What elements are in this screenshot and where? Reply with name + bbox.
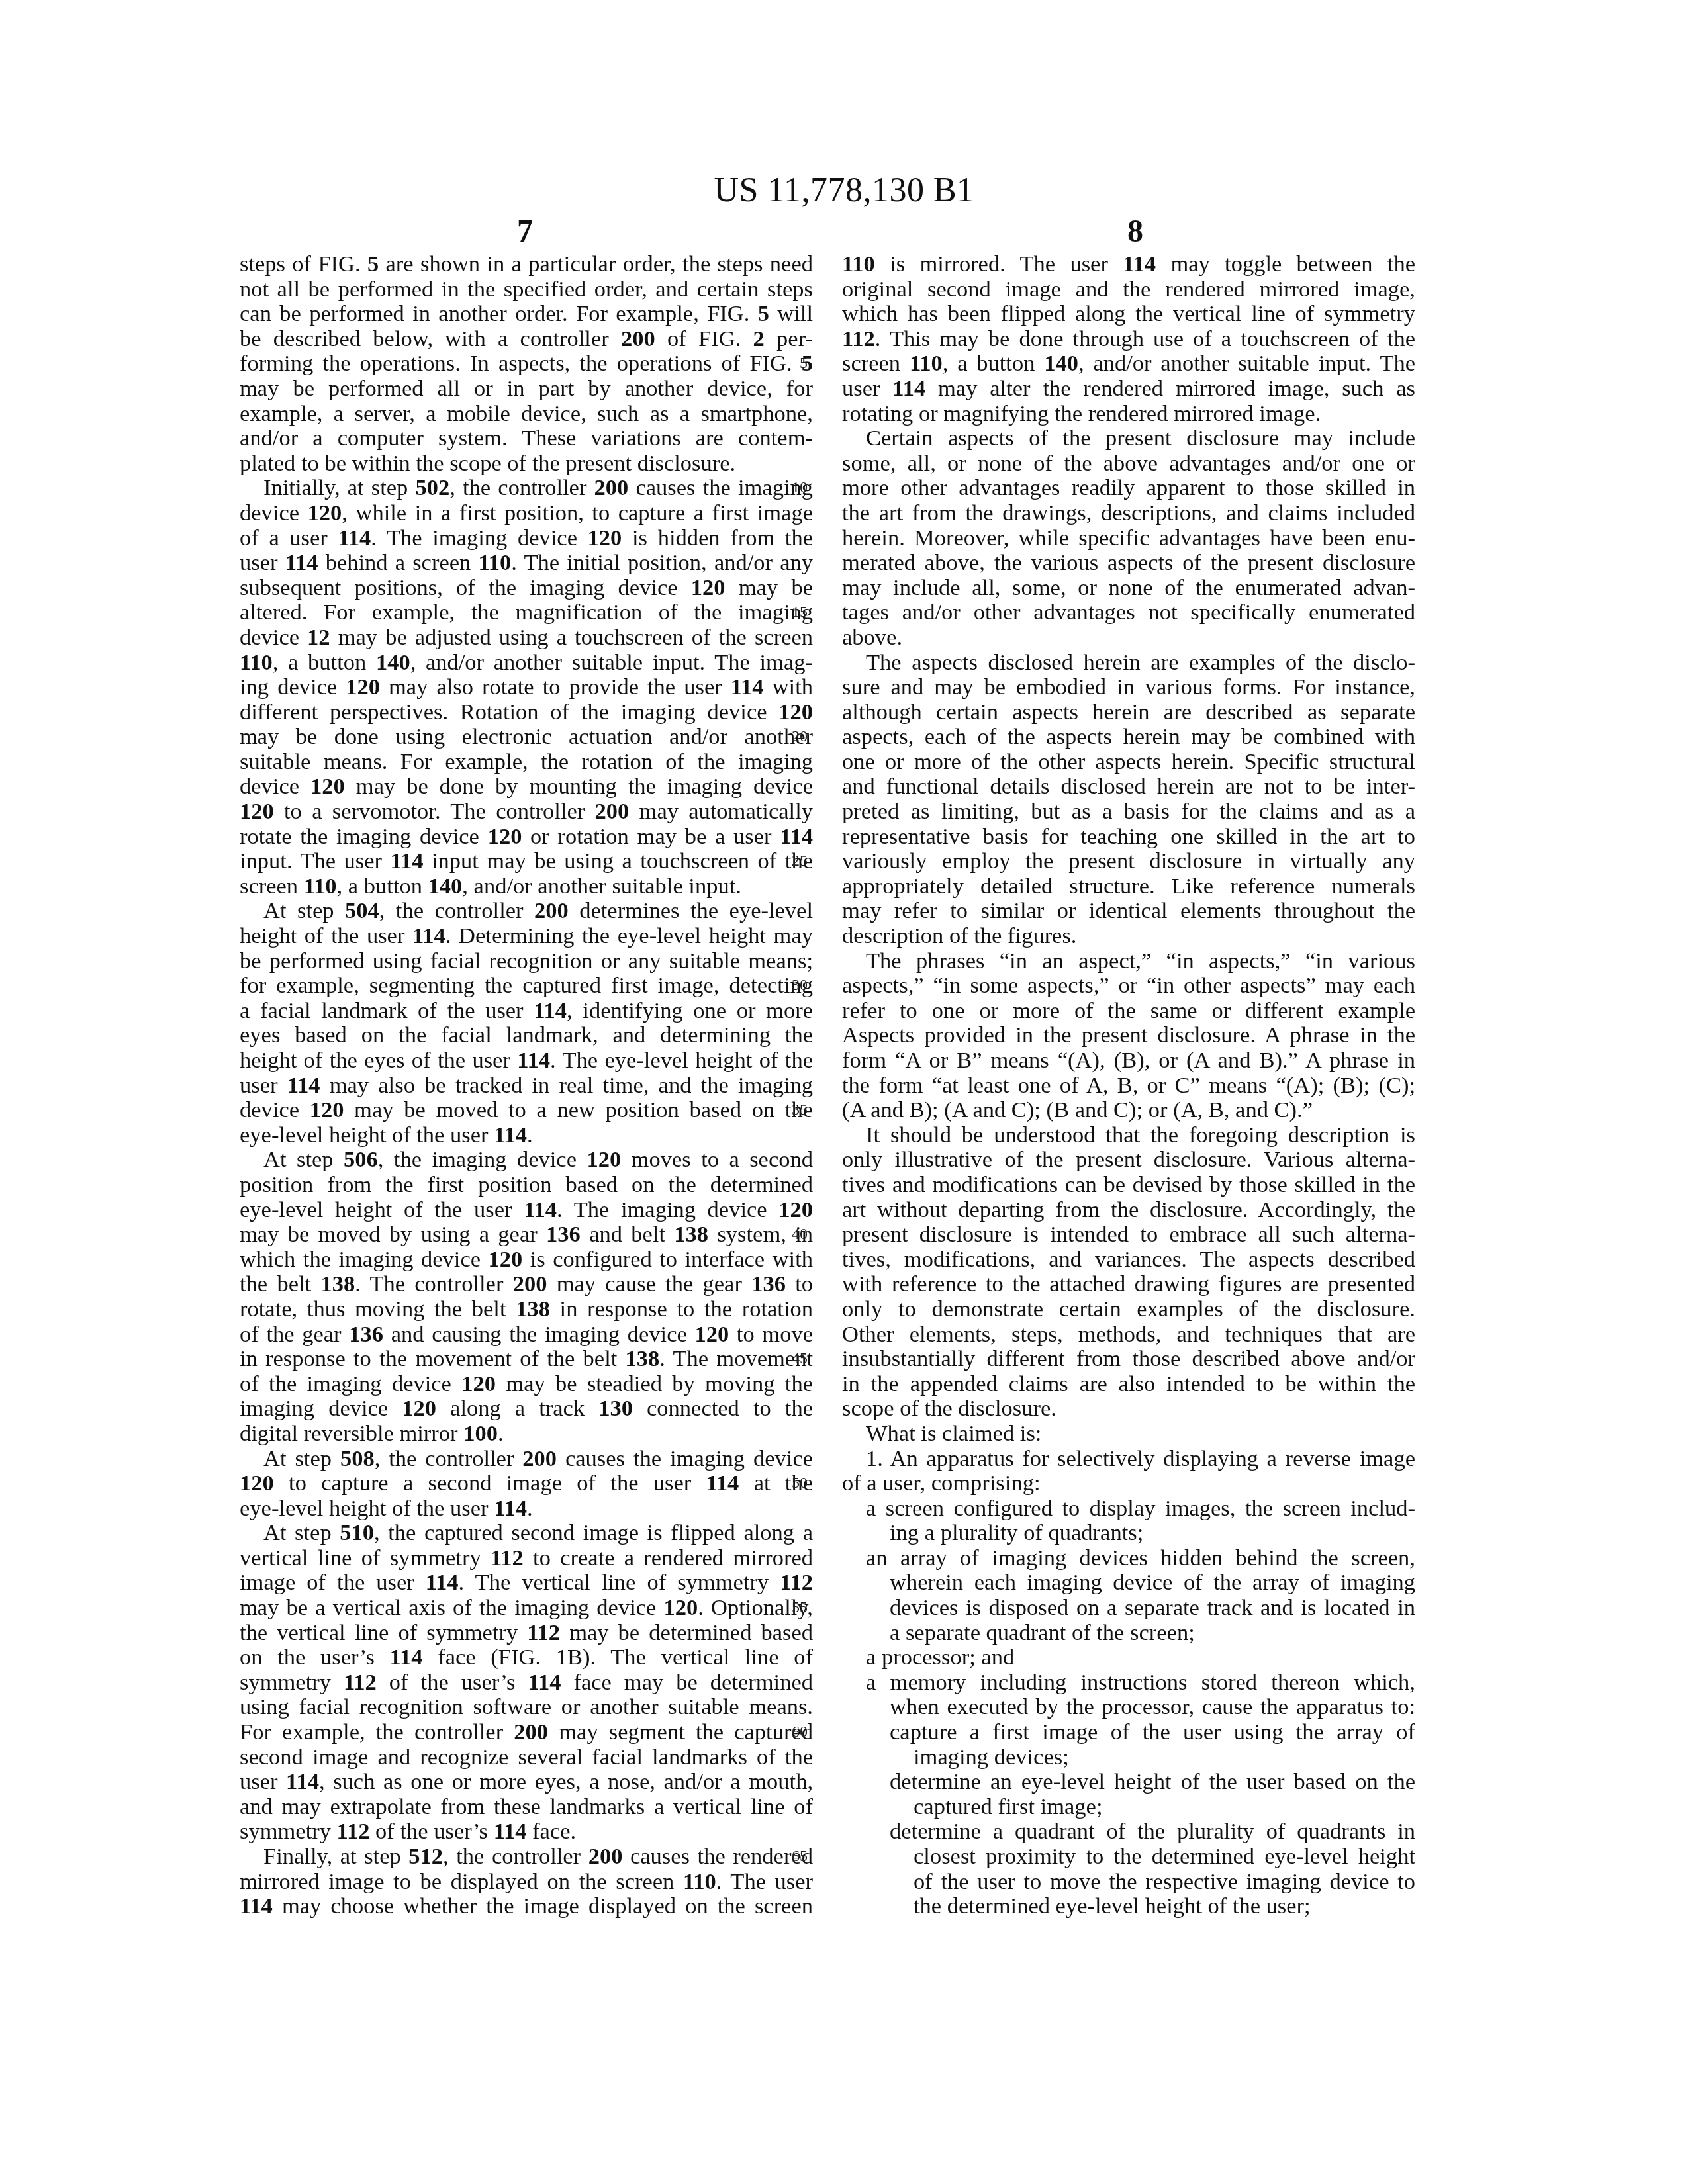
text-line: devices is disposed on a separate track … [842,1596,1415,1621]
text-line: be described below, with a controller 20… [240,327,813,352]
text-line: 112. This may be done through use of a t… [842,327,1415,352]
text-line: original second image and the rendered m… [842,277,1415,302]
text-line: for example, segmenting the captured fir… [240,974,813,999]
left-column-number: 7 [517,213,533,250]
text-line: some, all, or none of the above advantag… [842,451,1415,477]
text-line: The aspects disclosed herein are example… [842,651,1415,676]
text-line: may be done using electronic actuation a… [240,725,813,750]
text-line: suitable means. For example, the rotatio… [240,750,813,775]
text-line: determine an eye-level height of the use… [842,1770,1415,1795]
line-number: 20 [781,725,808,750]
text-line: At step 510, the captured second image i… [240,1521,813,1546]
right-text-column: 110 is mirrored. The user 114 may toggle… [842,252,1415,1919]
text-line: 120 to capture a second image of the use… [240,1471,813,1496]
text-line: Finally, at step 512, the controller 200… [240,1844,813,1870]
text-line: preted as limiting, but as a basis for t… [842,799,1415,825]
text-line: a facial landmark of the user 114, ident… [240,999,813,1024]
line-number: 30 [781,974,808,999]
line-number: 65 [781,1844,808,1870]
text-line: a screen configured to display images, t… [842,1496,1415,1522]
text-line: Initially, at step 502, the controller 2… [240,476,813,501]
line-number: 15 [781,600,808,625]
text-line: eyes based on the facial landmark, and d… [240,1023,813,1048]
text-line: sure and may be embodied in various form… [842,675,1415,700]
text-line: of a user, comprising: [842,1471,1415,1496]
text-line: device 12 may be adjusted using a touchs… [240,625,813,651]
text-line: plated to be within the scope of the pre… [240,451,813,477]
text-line: may be a vertical axis of the imaging de… [240,1596,813,1621]
text-line: the belt 138. The controller 200 may cau… [240,1272,813,1297]
text-line: image of the user 114. The vertical line… [240,1570,813,1596]
line-number: 45 [781,1347,808,1372]
text-line: steps of FIG. 5 are shown in a particula… [240,252,813,277]
text-line: 110 is mirrored. The user 114 may toggle… [842,252,1415,277]
text-line: 114 may choose whether the image display… [240,1894,813,1919]
text-line: At step 508, the controller 200 causes t… [240,1447,813,1472]
text-line: one or more of the other aspects herein.… [842,750,1415,775]
text-line: in response to the movement of the belt … [240,1347,813,1372]
text-line: Aspects provided in the present disclosu… [842,1023,1415,1048]
right-column-number: 8 [1127,213,1143,250]
text-line: tives and modifications can be devised b… [842,1173,1415,1198]
text-line: user 114 behind a screen 110. The initia… [240,551,813,576]
text-line: and may extrapolate from these landmarks… [240,1795,813,1820]
line-number: 50 [781,1471,808,1496]
text-line: tives, modifications, and variances. The… [842,1248,1415,1273]
text-line: eye-level height of the user 114. [240,1123,813,1148]
text-line: an array of imaging devices hidden behin… [842,1546,1415,1571]
text-line: only to demonstrate certain examples of … [842,1297,1415,1322]
text-line: ing a plurality of quadrants; [842,1521,1415,1546]
text-line: different perspectives. Rotation of the … [240,700,813,725]
text-line: herein. Moreover, while specific advanta… [842,526,1415,551]
text-line: eye-level height of the user 114. The im… [240,1198,813,1223]
text-line: subsequent positions, of the imaging dev… [240,576,813,601]
text-line: vertical line of symmetry 112 to create … [240,1546,813,1571]
text-line: forming the operations. In aspects, the … [240,351,813,377]
text-line: wherein each imaging device of the array… [842,1570,1415,1596]
text-line: a separate quadrant of the screen; [842,1621,1415,1646]
text-line: What is claimed is: [842,1422,1415,1447]
text-line: be performed using facial recognition or… [240,949,813,974]
text-line: may be moved by using a gear 136 and bel… [240,1222,813,1248]
text-line: imaging device 120 along a track 130 con… [240,1396,813,1422]
text-line: appropriately detailed structure. Like r… [842,874,1415,899]
text-line: It should be understood that the foregoi… [842,1123,1415,1148]
text-line: only illustrative of the present disclos… [842,1148,1415,1173]
text-line: may include all, some, or none of the en… [842,576,1415,601]
text-line: ing device 120 may also rotate to provid… [240,675,813,700]
text-line: and functional details disclosed herein … [842,774,1415,799]
line-number: 10 [781,476,808,501]
text-line: aspects, each of the aspects herein may … [842,725,1415,750]
text-line: (A and B); (A and C); (B and C); or (A, … [842,1098,1415,1123]
text-line: 110, a button 140, and/or another suitab… [240,651,813,676]
text-line: user 114, such as one or more eyes, a no… [240,1770,813,1795]
text-line: Other elements, steps, methods, and tech… [842,1322,1415,1347]
text-line: device 120 may be done by mounting the i… [240,774,813,799]
text-line: with reference to the attached drawing f… [842,1272,1415,1297]
text-line: altered. For example, the magnification … [240,600,813,625]
text-line: symmetry 112 of the user’s 114 face. [240,1819,813,1844]
text-line: example, a server, a mobile device, such… [240,402,813,427]
text-line: second image and recognize several facia… [240,1745,813,1770]
line-number: 55 [781,1596,808,1621]
text-line: digital reversible mirror 100. [240,1422,813,1447]
text-line: of the gear 136 and causing the imaging … [240,1322,813,1347]
text-line: of the imaging device 120 may be steadie… [240,1372,813,1397]
text-line: closest proximity to the determined eye-… [842,1844,1415,1870]
text-line: capture a first image of the user using … [842,1720,1415,1745]
text-line: on the user’s 114 face (FIG. 1B). The ve… [240,1645,813,1670]
text-line: and/or a computer system. These variatio… [240,426,813,451]
text-line: which has been flipped along the vertica… [842,302,1415,327]
text-line: can be performed in another order. For e… [240,302,813,327]
text-line: representative basis for teaching one sk… [842,825,1415,850]
text-line: may be performed all or in part by anoth… [240,377,813,402]
text-line: the form “at least one of A, B, or C” me… [842,1073,1415,1099]
line-number: 60 [781,1720,808,1745]
text-line: which the imaging device 120 is configur… [240,1248,813,1273]
text-line: description of the figures. [842,924,1415,949]
text-line: refer to one or more of the same or diff… [842,999,1415,1024]
text-line: eye-level height of the user 114. [240,1496,813,1522]
text-line: user 114 may also be tracked in real tim… [240,1073,813,1099]
text-line: rotating or magnifying the rendered mirr… [842,402,1415,427]
text-line: height of the eyes of the user 114. The … [240,1048,813,1073]
line-number: 40 [781,1222,808,1248]
text-line: At step 506, the imaging device 120 move… [240,1148,813,1173]
text-line: the art from the drawings, descriptions,… [842,501,1415,526]
text-line: not all be performed in the specified or… [240,277,813,302]
line-number: 25 [781,849,808,874]
text-line: input. The user 114 input may be using a… [240,849,813,874]
text-line: scope of the disclosure. [842,1396,1415,1422]
text-line: present disclosure is intended to embrac… [842,1222,1415,1248]
line-number: 35 [781,1098,808,1123]
text-line: screen 110, a button 140, and/or another… [842,351,1415,377]
text-line: a memory including instructions stored t… [842,1670,1415,1696]
text-line: insubstantially different from those des… [842,1347,1415,1372]
text-line: height of the user 114. Determining the … [240,924,813,949]
text-line: rotate the imaging device 120 or rotatio… [240,825,813,850]
text-line: art without departing from the disclosur… [842,1198,1415,1223]
text-line: tages and/or other advantages not specif… [842,600,1415,625]
text-line: captured first image; [842,1795,1415,1820]
text-line: 1. An apparatus for selectively displayi… [842,1447,1415,1472]
text-line: in the appended claims are also intended… [842,1372,1415,1397]
text-line: 120 to a servomotor. The controller 200 … [240,799,813,825]
text-line: when executed by the processor, cause th… [842,1695,1415,1720]
text-line: Certain aspects of the present disclosur… [842,426,1415,451]
left-text-column: steps of FIG. 5 are shown in a particula… [240,252,813,1919]
text-line: aspects,” “in some aspects,” or “in othe… [842,974,1415,999]
text-line: above. [842,625,1415,651]
text-line: although certain aspects herein are desc… [842,700,1415,725]
text-line: device 120 may be moved to a new positio… [240,1098,813,1123]
text-line: symmetry 112 of the user’s 114 face may … [240,1670,813,1696]
text-line: the determined eye-level height of the u… [842,1894,1415,1919]
text-line: device 120, while in a first position, t… [240,501,813,526]
text-line: more other advantages readily apparent t… [842,476,1415,501]
text-line: screen 110, a button 140, and/or another… [240,874,813,899]
line-number: 5 [781,351,808,377]
text-line: mirrored image to be displayed on the sc… [240,1870,813,1895]
text-line: imaging devices; [842,1745,1415,1770]
text-line: merated above, the various aspects of th… [842,551,1415,576]
text-line: using facial recognition software or ano… [240,1695,813,1720]
text-line: variously employ the present disclosure … [842,849,1415,874]
patent-number-header: US 11,778,130 B1 [0,171,1688,210]
text-line: The phrases “in an aspect,” “in aspects,… [842,949,1415,974]
text-line: user 114 may alter the rendered mirrored… [842,377,1415,402]
text-line: of a user 114. The imaging device 120 is… [240,526,813,551]
text-line: rotate, thus moving the belt 138 in resp… [240,1297,813,1322]
text-line: position from the first position based o… [240,1173,813,1198]
text-line: form “A or B” means “(A), (B), or (A and… [842,1048,1415,1073]
text-line: determine a quadrant of the plurality of… [842,1819,1415,1844]
text-line: a processor; and [842,1645,1415,1670]
text-line: of the user to move the respective imagi… [842,1870,1415,1895]
text-line: For example, the controller 200 may segm… [240,1720,813,1745]
text-line: may refer to similar or identical elemen… [842,899,1415,924]
text-line: the vertical line of symmetry 112 may be… [240,1621,813,1646]
text-line: At step 504, the controller 200 determin… [240,899,813,924]
